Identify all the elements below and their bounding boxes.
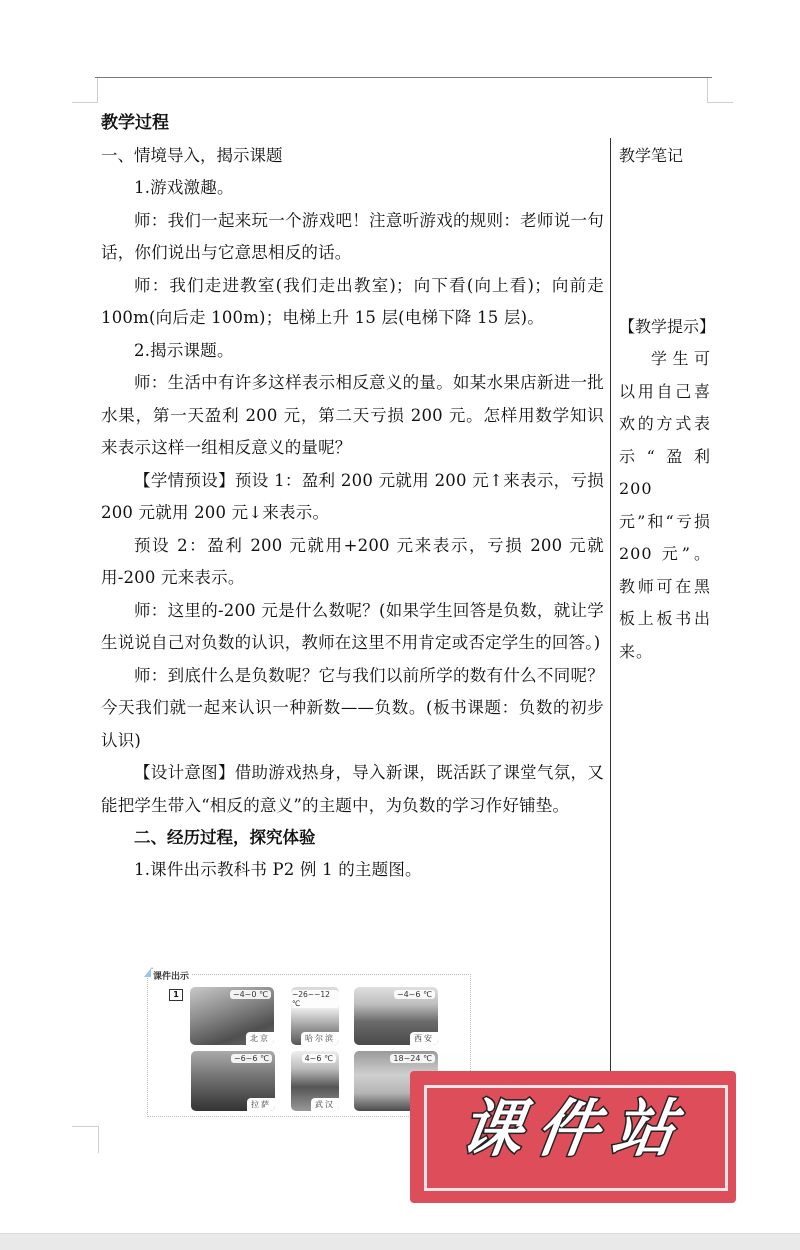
watermark-stamp: 课件站 xyxy=(400,1063,746,1213)
paragraph: 师：我们一起来玩一个游戏吧！注意听游戏的规则：老师说一句话，你们说出与它意思相反… xyxy=(101,205,604,270)
figure-label: 课件出示 xyxy=(151,969,191,982)
photo-xian: −4~6 ℃ 西安 xyxy=(354,987,438,1045)
paragraph: 师：生活中有许多这样表示相反意义的量。如某水果店新进一批水果，第一天盈利 200… xyxy=(101,367,604,465)
main-column: 一、情境导入，揭示课题 1.游戏激趣。 师：我们一起来玩一个游戏吧！注意听游戏的… xyxy=(101,140,604,887)
paragraph: 1.课件出示教科书 P2 例 1 的主题图。 xyxy=(101,854,604,887)
header-rule xyxy=(95,77,712,78)
section-heading-2: 二、经历过程，探究体验 xyxy=(101,822,604,854)
paragraph: 1.游戏激趣。 xyxy=(101,172,604,205)
photo-lhasa: −6~6 ℃ 拉萨 xyxy=(191,1051,275,1111)
temperature-label: −4~0 ℃ xyxy=(230,990,271,999)
paragraph: 【设计意图】借助游戏热身，导入新课，既活跃了课堂气氛，又能把学生带入“相反的意义… xyxy=(101,757,604,822)
corner-mark-top-right xyxy=(707,78,733,103)
notes-title: 教学笔记 xyxy=(619,140,711,172)
temperature-label: −4~6 ℃ xyxy=(394,990,435,999)
section-heading-1: 一、情境导入，揭示课题 xyxy=(101,140,604,172)
temperature-label: 4~6 ℃ xyxy=(302,1054,336,1063)
figure-number: 1 xyxy=(169,989,183,1001)
teaching-tip-title: 【教学提示】 xyxy=(619,311,711,343)
city-label: 哈尔滨 xyxy=(301,1032,339,1045)
watermark-text: 课件站 xyxy=(424,1089,725,1169)
notes-column: 教学笔记 【教学提示】 学生可以用自己喜欢的方式表示“盈利 200 元”和“亏损… xyxy=(619,140,711,668)
paragraph: 师：到底什么是负数呢？它与我们以前所学的数有什么不同呢？今天我们就一起来认识一种… xyxy=(101,660,604,758)
document-page: 教学过程 一、情境导入，揭示课题 1.游戏激趣。 师：我们一起来玩一个游戏吧！注… xyxy=(0,0,800,1233)
temperature-label: −26~−12 ℃ xyxy=(291,990,339,1008)
paragraph: 【学情预设】预设 1：盈利 200 元就用 200 元↑来表示，亏损 200 元… xyxy=(101,465,604,530)
city-label: 拉萨 xyxy=(247,1098,275,1111)
paragraph: 师：我们走进教室(我们走出教室)；向下看(向上看)；向前走100m(向后走 10… xyxy=(101,270,604,335)
document-title: 教学过程 xyxy=(101,108,169,133)
window-bottom-bar xyxy=(0,1233,800,1250)
paragraph: 2.揭示课题。 xyxy=(101,335,604,368)
photo-harbin: −26~−12 ℃ 哈尔滨 xyxy=(291,987,339,1045)
temperature-label: 18~24 ℃ xyxy=(390,1054,435,1063)
temperature-label: −6~6 ℃ xyxy=(231,1054,272,1063)
corner-mark-top-left xyxy=(72,78,98,103)
paragraph: 师：这里的-200 元是什么数呢？(如果学生回答是负数，就让学生说说自己对负数的… xyxy=(101,595,604,660)
teaching-tip-text: 学生可以用自己喜欢的方式表示“盈利 200 元”和“亏损 200 元”。教师可在… xyxy=(619,343,711,668)
paragraph: 预设 2：盈利 200 元就用+200 元来表示，亏损 200 元就用-200 … xyxy=(101,530,604,595)
city-label: 武汉 xyxy=(311,1098,339,1111)
column-divider xyxy=(610,138,611,1118)
photo-wuhan: 4~6 ℃ 武汉 xyxy=(291,1051,339,1111)
corner-mark-bottom-left xyxy=(72,1126,99,1153)
city-label: 西安 xyxy=(410,1032,438,1045)
city-label: 北京 xyxy=(246,1032,274,1045)
photo-beijing: −4~0 ℃ 北京 xyxy=(190,987,274,1045)
